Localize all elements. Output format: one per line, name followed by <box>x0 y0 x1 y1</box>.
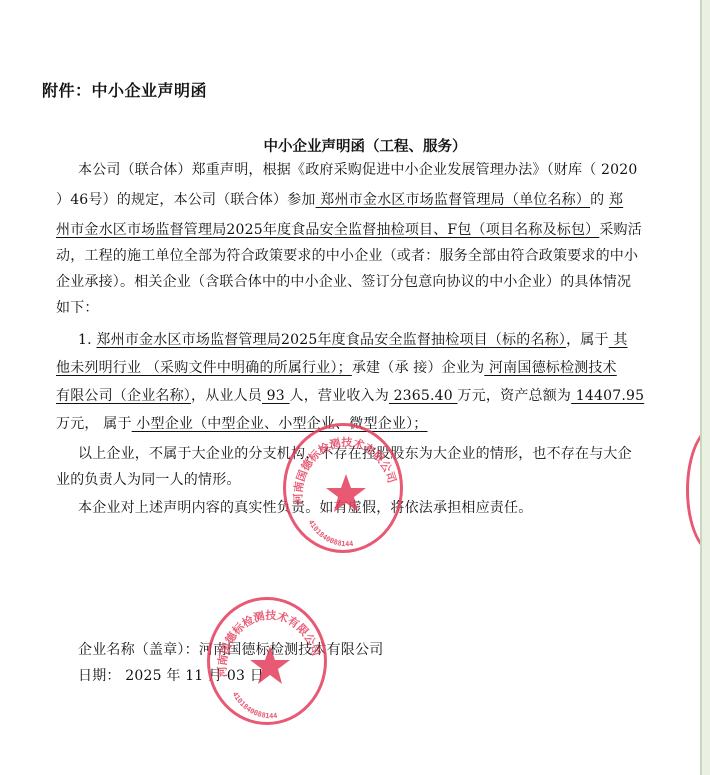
revenue-field: 2365.40 <box>389 388 458 404</box>
para1-line5: 企业承接）。相关企业（含联合体中的中小企业、签订分包意向协议的中小企业）的具体情… <box>56 272 656 292</box>
employees-field: 93 <box>262 388 290 404</box>
company-label: 企业名称（盖章）： <box>78 642 199 658</box>
svg-text:4101840088144: 4101840088144 <box>231 691 278 721</box>
date-line: 日期： 2025 年 11 月 03 日 <box>78 666 678 686</box>
text: 采购活 <box>599 222 642 238</box>
para1-line2: ）46号）的规定，本公司（联合体）参加 郑州市金水区市场监督管理局（单位名称）的… <box>56 190 656 210</box>
text: 万元，资产总额为 <box>458 388 572 404</box>
text: 人，营业收入为 <box>290 388 389 404</box>
para3-line: 本企业对上述声明内容的真实性负责。如有虚假，将依法承担相应责任。 <box>78 498 678 518</box>
total-assets-field: 14407.95 <box>571 388 644 404</box>
text: 承建（承 接）企业为 <box>352 360 484 376</box>
company-name: 河南国德标检测技术有限公司 <box>199 642 384 658</box>
text: ）46号）的规定，本公司（联合体）参加 <box>56 192 316 208</box>
company-signature-line: 企业名称（盖章）：河南国德标检测技术有限公司 <box>78 640 678 660</box>
date-label: 日期： <box>78 668 121 684</box>
svg-text:4101840088144: 4101840088144 <box>307 519 354 549</box>
text: 的 <box>590 192 609 208</box>
contractor-name-field-start: 河南国德标检测技术 <box>484 360 616 376</box>
item1-line4: 万元， 属于 小型企业（中型企业、小型企业、微型企业）； <box>56 414 656 434</box>
para2-line1: 以上企业，不属于大企业的分支机构，不存在控股股东为大企业的情形，也不存在与大企 <box>78 444 678 464</box>
text: 万元， 属于 <box>56 416 132 432</box>
lot-name-field: 郑州市金水区市场监督管理局2025年度食品安全监督抽检项目（标的名称） <box>96 332 566 348</box>
page-edge <box>700 0 710 775</box>
para1-line4: 动，工程的施工单位全部为符合政策要求的中小企业（或者：服务全部由符合政策要求的中… <box>56 246 656 266</box>
attachment-title: 附件：中小企业声明函 <box>42 78 207 101</box>
item-number: 1. <box>78 332 96 348</box>
industry-field-start: 其 <box>609 332 628 348</box>
para1-line3: 州市金水区市场监督管理局2025年度食品安全监督抽检项目、F包（项目名称及标包）… <box>56 220 656 240</box>
project-name-field-start: 郑 <box>609 192 623 208</box>
document-title: 中小企业声明函（工程、服务） <box>0 135 700 156</box>
project-name-field: 州市金水区市场监督管理局2025年度食品安全监督抽检项目、F包（项目名称及标包） <box>56 222 599 238</box>
contractor-name-field: 有限公司（企业名称） <box>56 388 191 404</box>
para1-line1: 本公司（联合体）郑重声明，根据《政府采购促进中小企业发展管理办法》（财库（ 20… <box>78 160 678 180</box>
seal-graphic: 河南国德标检测技术有限公司 4101840088144 <box>210 600 330 728</box>
item1-line1: 1. 郑州市金水区市场监督管理局2025年度食品安全监督抽检项目（标的名称），属… <box>78 330 678 350</box>
para1-line6: 如下： <box>56 298 656 318</box>
signature-seal-stamp: 河南国德标检测技术有限公司 4101840088144 <box>207 597 327 725</box>
item1-line3: 有限公司（企业名称），从业人员 93 人，营业收入为 2365.40 万元，资产… <box>56 386 656 406</box>
document-page: 附件：中小企业声明函 中小企业声明函（工程、服务） 本公司（联合体）郑重声明，根… <box>0 0 700 775</box>
industry-field: 他未列明行业 （采购文件中明确的所属行业）； <box>56 360 352 376</box>
date-value: 2025 年 11 月 03 日 <box>121 668 264 684</box>
para2-line2: 业的负责人为同一人的情形。 <box>56 470 656 490</box>
text: ，从业人员 <box>191 388 262 404</box>
purchaser-name-field: 郑州市金水区市场监督管理局（单位名称） <box>316 192 590 208</box>
text: ，属于 <box>566 332 609 348</box>
item1-line2: 他未列明行业 （采购文件中明确的所属行业）；承建（承 接）企业为 河南国德标检测… <box>56 358 656 378</box>
cross-page-seal-partial <box>686 425 700 555</box>
enterprise-type-field: 小型企业（中型企业、小型企业、微型企业）； <box>132 416 428 432</box>
